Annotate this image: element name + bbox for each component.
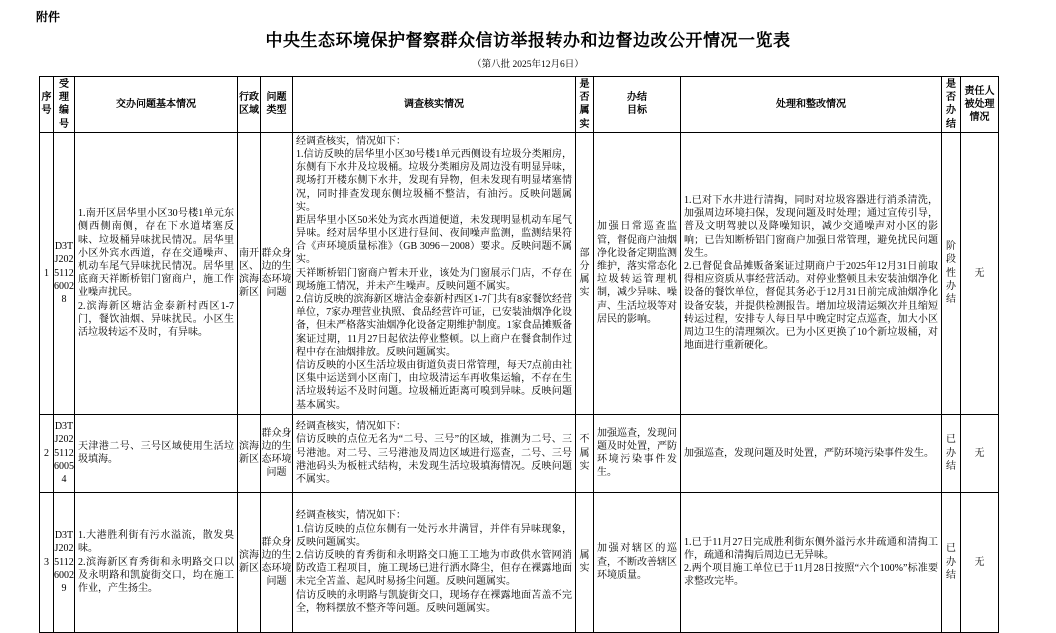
cell-verified: 属实 xyxy=(576,492,594,632)
cell-accountability: 无 xyxy=(961,132,999,414)
cell-problem: 1.南开区居华里小区30号楼1单元东侧西侧南侧，存在下水道堵塞反味、垃圾桶异味扰… xyxy=(75,132,238,414)
col-header-goal: 办结 目标 xyxy=(594,77,681,133)
cell-type: 群众身边的生态环境问题 xyxy=(261,492,293,632)
header-row: 序号 受理编号 交办问题基本情况 行政区域 问题类型 调查核实情况 是否属实 办… xyxy=(40,77,999,133)
cell-case-no: D3TJ202511260054 xyxy=(54,414,75,492)
col-header-case-no: 受理编号 xyxy=(54,77,75,133)
cell-handling: 加强巡查，发现问题及时处置，严防环境污染事件发生。 xyxy=(681,414,942,492)
cell-goal: 加强对辖区的巡查，不断改善辖区环境质量。 xyxy=(594,492,681,632)
cell-accountability: 无 xyxy=(961,492,999,632)
table-row: 2 D3TJ202511260054 天津港二号、三号区域使用生活垃圾填海。 滨… xyxy=(40,414,999,492)
cell-goal: 加强日常巡查监管，督促商户油烟净化设备定期监测维护，落实常态化垃圾转运管理机制，… xyxy=(594,132,681,414)
col-header-handling: 处理和整改情况 xyxy=(681,77,942,133)
cell-resolved: 阶段性办结 xyxy=(942,132,961,414)
cell-handling: 1.已于11月27日完成胜利街东侧外溢污水井疏通和清掏工作，疏通和清掏后周边已无… xyxy=(681,492,942,632)
cell-type: 群众身边的生态环境问题 xyxy=(261,414,293,492)
page-title: 中央生态环境保护督察群众信访举报转办和边督边改公开情况一览表 xyxy=(0,0,1056,51)
cell-goal: 加强巡查，发现问题及时处置，严防环境污染事件发生。 xyxy=(594,414,681,492)
cell-investigation: 经调查核实，情况如下： 1.信访反映的居华里小区30号楼1单元西侧设有垃圾分类厢… xyxy=(293,132,576,414)
cell-handling: 1.已对下水井进行清掏，同时对垃圾容器进行消杀清洗，加强周边环境扫保，发现问题及… xyxy=(681,132,942,414)
col-header-type: 问题类型 xyxy=(261,77,293,133)
table-row: 3 D3TJ202511260029 1.大港胜利街有污水溢流，散发臭味。 2.… xyxy=(40,492,999,632)
cell-verified: 不属实 xyxy=(576,414,594,492)
cell-region: 南开区、滨海新区 xyxy=(238,132,261,414)
attachment-label: 附件 xyxy=(36,8,60,25)
cell-resolved: 已办结 xyxy=(942,492,961,632)
page-subtitle: （第八批 2025年12月6日） xyxy=(0,56,1056,70)
cell-problem: 1.大港胜利街有污水溢流，散发臭味。 2.滨海新区育秀街和永明路交口以及永明路和… xyxy=(75,492,238,632)
col-header-region: 行政区域 xyxy=(238,77,261,133)
table-row: 1 D3TJ202511260028 1.南开区居华里小区30号楼1单元东侧西侧… xyxy=(40,132,999,414)
col-header-problem: 交办问题基本情况 xyxy=(75,77,238,133)
report-table: 序号 受理编号 交办问题基本情况 行政区域 问题类型 调查核实情况 是否属实 办… xyxy=(39,76,999,633)
cell-investigation: 经调查核实，情况如下： 信访反映的点位无名为“二号、三号”的区域，推测为二号、三… xyxy=(293,414,576,492)
cell-seq: 2 xyxy=(40,414,54,492)
col-header-seq: 序号 xyxy=(40,77,54,133)
cell-verified: 部分属实 xyxy=(576,132,594,414)
cell-investigation: 经调查核实，情况如下： 1.信访反映的点位东侧有一处污水井满冒，并伴有异味现象，… xyxy=(293,492,576,632)
col-header-accountability: 责任人被处理情况 xyxy=(961,77,999,133)
cell-type: 群众身边的生态环境问题 xyxy=(261,132,293,414)
cell-resolved: 已办结 xyxy=(942,414,961,492)
cell-region: 滨海新区 xyxy=(238,414,261,492)
col-header-investigation: 调查核实情况 xyxy=(293,77,576,133)
cell-accountability: 无 xyxy=(961,414,999,492)
col-header-verified: 是否属实 xyxy=(576,77,594,133)
cell-region: 滨海新区 xyxy=(238,492,261,632)
cell-seq: 3 xyxy=(40,492,54,632)
cell-case-no: D3TJ202511260029 xyxy=(54,492,75,632)
cell-problem: 天津港二号、三号区域使用生活垃圾填海。 xyxy=(75,414,238,492)
col-header-resolved: 是否办结 xyxy=(942,77,961,133)
cell-seq: 1 xyxy=(40,132,54,414)
cell-case-no: D3TJ202511260028 xyxy=(54,132,75,414)
